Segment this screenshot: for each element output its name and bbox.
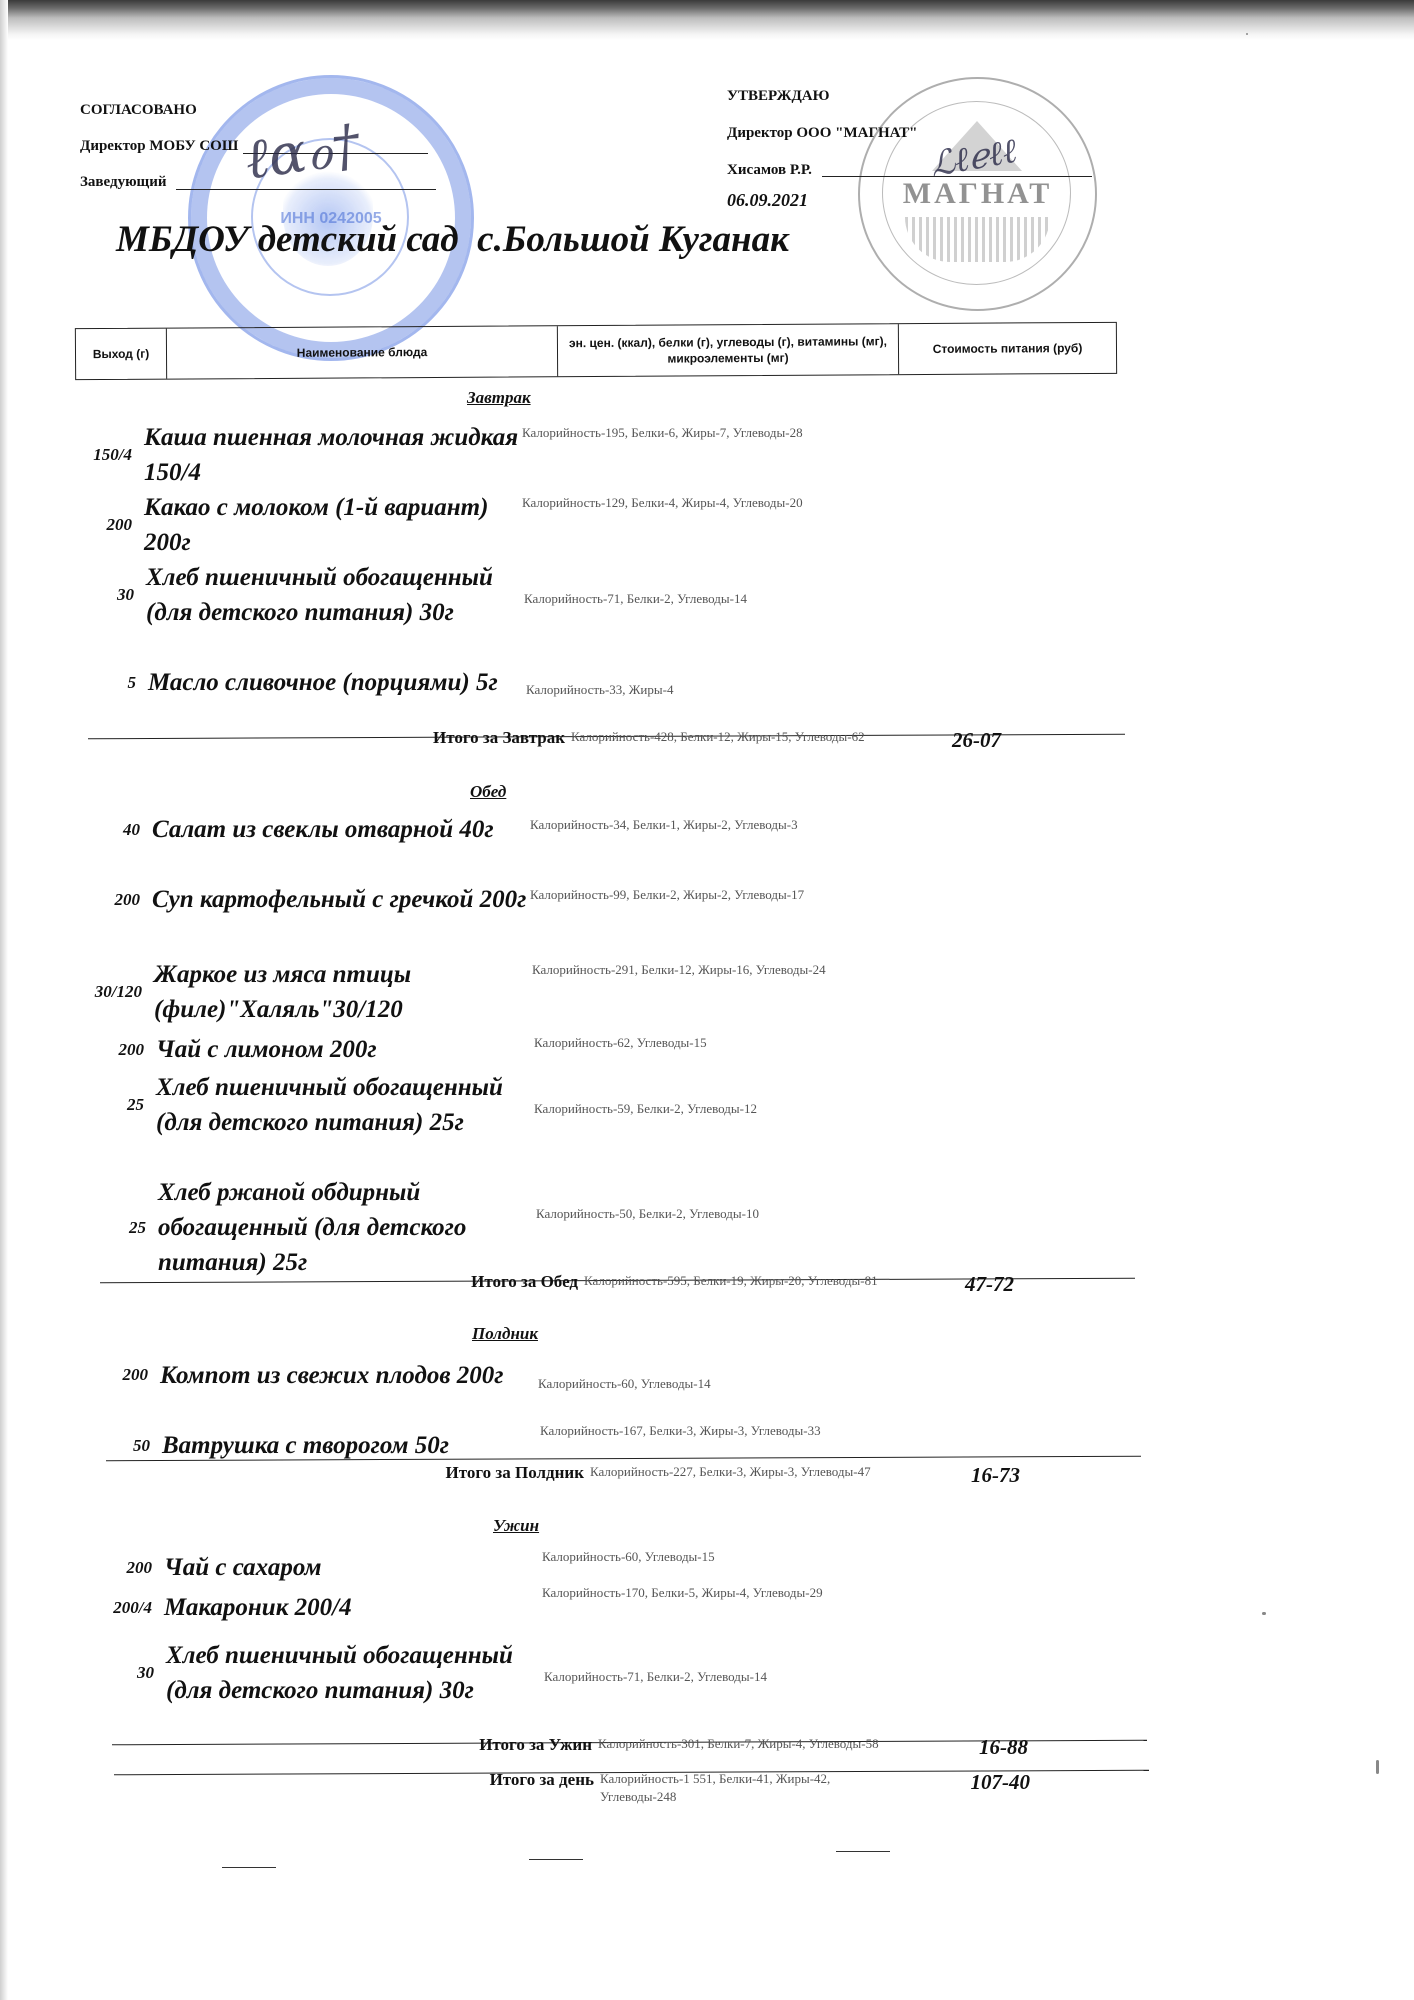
menu-item: 200 Чай с лимоном 200г Калорийность-62, … <box>82 1032 834 1067</box>
menu-item: 30 Хлеб пшеничный обогащенный (для детск… <box>72 560 824 630</box>
approval-director-company: Директор ООО "МАГНАТ" <box>727 125 918 142</box>
section-title-dinner: Ужин <box>493 1516 539 1536</box>
header-yield: Выход (г) <box>76 329 167 380</box>
menu-item: 5 Масло сливочное (порциями) 5г Калорийн… <box>74 665 826 700</box>
section-title-lunch: Обед <box>470 782 506 802</box>
scan-speck <box>1262 1612 1266 1615</box>
approval-block-right: УТВЕРЖДАЮ Директор ООО "МАГНАТ" Хисамов … <box>727 78 1092 211</box>
section-title-snack: Полдник <box>472 1324 538 1344</box>
section-total-snack: Итого за Полдник Калорийность-227, Белки… <box>284 1463 1020 1488</box>
menu-table-header: Выход (г) Наименование блюда эн. цен. (к… <box>75 322 1117 380</box>
header-dish: Наименование блюда <box>167 326 558 378</box>
header-cost: Стоимость питания (руб) <box>899 323 1116 374</box>
section-title-breakfast: Завтрак <box>467 388 531 408</box>
approval-head: Заведующий <box>80 174 166 191</box>
menu-item: 200 Чай с сахаром Калорийность-60, Углев… <box>90 1550 842 1585</box>
signature-line-3 <box>836 1851 890 1852</box>
scan-speck <box>1376 1760 1379 1774</box>
section-total-dinner: Итого за Ужин Калорийность-301, Белки-7,… <box>292 1735 1028 1760</box>
menu-item: 200 Какао с молоком (1-й вариант) 200г К… <box>70 490 822 560</box>
menu-item: 200 Суп картофельный с гречкой 200г Кало… <box>78 882 830 917</box>
document-title: МБДОУ детский сад с.Большой Куганак <box>116 218 789 261</box>
section-total-lunch: Итого за Обед Калорийность-595, Белки-19… <box>278 1272 1014 1297</box>
signature-line <box>176 189 436 190</box>
section-total-breakfast: Итого за Завтрак Калорийность-428, Белки… <box>265 728 1001 753</box>
approval-director-school: Директор МОБУ СОШ <box>80 138 238 155</box>
signature-line-1 <box>222 1867 276 1868</box>
approval-heading-left: СОГЛАСОВАНО <box>80 102 197 119</box>
menu-item: 150/4 Каша пшенная молочная жидкая 150/4… <box>70 420 822 490</box>
day-total: Итого за день Калорийность-1 551, Белки-… <box>294 1770 1030 1806</box>
menu-item: 40 Салат из свеклы отварной 40г Калорийн… <box>78 812 830 847</box>
menu-item: 30 Хлеб пшеничный обогащенный (для детск… <box>92 1638 844 1708</box>
signature-line-2 <box>529 1859 583 1860</box>
menu-item: 200 Компот из свежих плодов 200г Калорий… <box>86 1357 838 1393</box>
approval-heading-right: УТВЕРЖДАЮ <box>727 88 830 105</box>
menu-item: 30/120 Жаркое из мяса птицы (филе)"Халял… <box>80 957 832 1027</box>
scan-edge-shadow <box>0 0 1414 40</box>
scan-edge-left <box>0 0 8 2000</box>
menu-item: 25 Хлеб ржаной обдирный обогащенный (для… <box>84 1175 836 1280</box>
header-nutrition: эн. цен. (ккал), белки (г), углеводы (г)… <box>558 324 899 376</box>
approval-date: 06.09.2021 <box>727 190 808 211</box>
menu-item: 25 Хлеб пшеничный обогащенный (для детск… <box>82 1070 834 1140</box>
menu-item: 200/4 Макароник 200/4 Калорийность-170, … <box>90 1590 842 1625</box>
scan-speck <box>1246 33 1248 35</box>
approver-name: Хисамов Р.Р. <box>727 162 812 179</box>
stamp-fan-pattern <box>905 217 1050 262</box>
